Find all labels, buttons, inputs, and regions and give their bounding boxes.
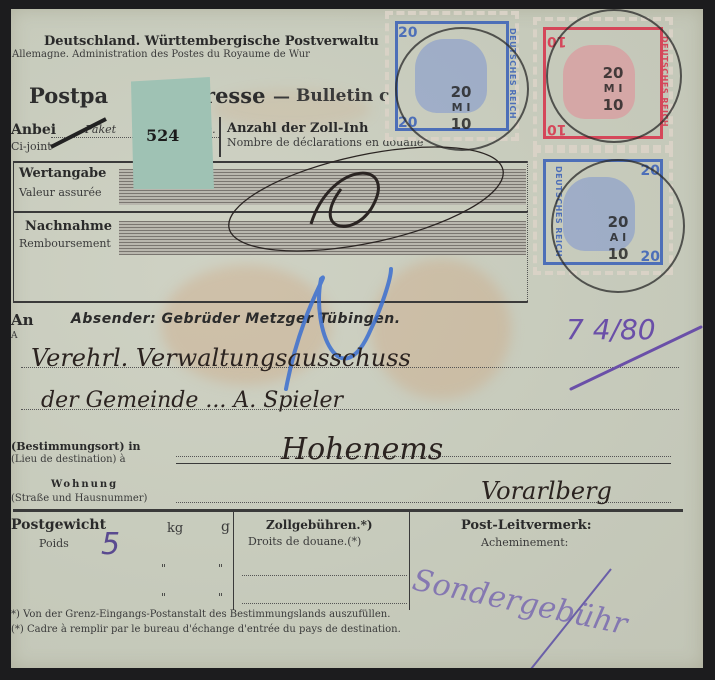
handwriting-layer: Verehrl. Verwaltungsausschuss der Gemein… bbox=[11, 9, 703, 668]
svg-text:5: 5 bbox=[101, 527, 120, 562]
svg-text:Hohenems: Hohenems bbox=[280, 432, 443, 467]
svg-text:7 4/80: 7 4/80 bbox=[566, 313, 656, 346]
svg-text:der Gemeinde ... A. Spieler: der Gemeinde ... A. Spieler bbox=[41, 388, 345, 413]
svg-text:Verehrl. Verwaltungsausschuss: Verehrl. Verwaltungsausschuss bbox=[31, 344, 411, 372]
parcel-dispatch-card: Deutschland. Württembergische Postverwal… bbox=[11, 9, 703, 668]
svg-text:Sondergebühr: Sondergebühr bbox=[409, 563, 632, 643]
svg-text:Vorarlberg: Vorarlberg bbox=[481, 477, 612, 505]
